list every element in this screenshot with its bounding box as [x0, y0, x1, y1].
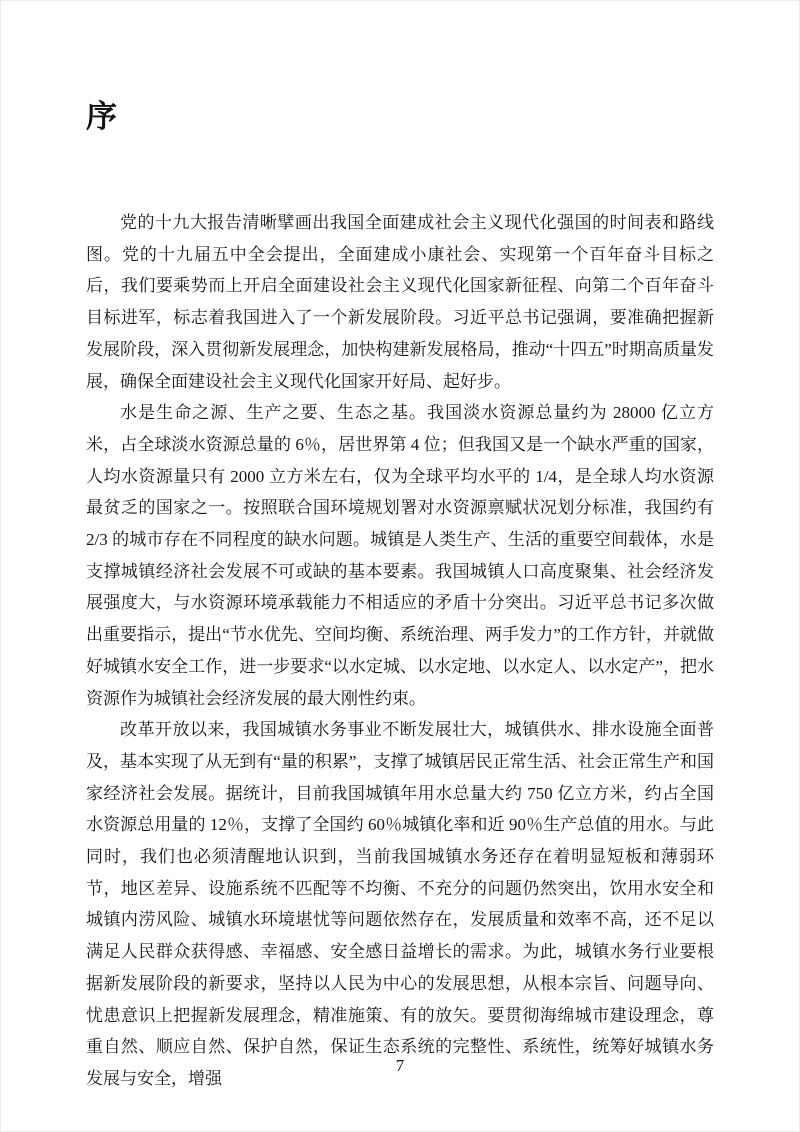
document-body: 党的十九大报告清晰擘画出我国全面建成社会主义现代化强国的时间表和路线图。党的十九…: [86, 207, 714, 1095]
paragraph-1: 党的十九大报告清晰擘画出我国全面建成社会主义现代化强国的时间表和路线图。党的十九…: [86, 207, 714, 397]
document-page: 序 党的十九大报告清晰擘画出我国全面建成社会主义现代化强国的时间表和路线图。党的…: [0, 0, 800, 1132]
paragraph-2: 水是生命之源、生产之要、生态之基。我国淡水资源总量约为 28000 亿立方米，占…: [86, 397, 714, 714]
page-number: 7: [1, 1056, 799, 1076]
paragraph-3: 改革开放以来，我国城镇水务事业不断发展壮大，城镇供水、排水设施全面普及，基本实现…: [86, 714, 714, 1094]
page-title: 序: [86, 1, 714, 135]
